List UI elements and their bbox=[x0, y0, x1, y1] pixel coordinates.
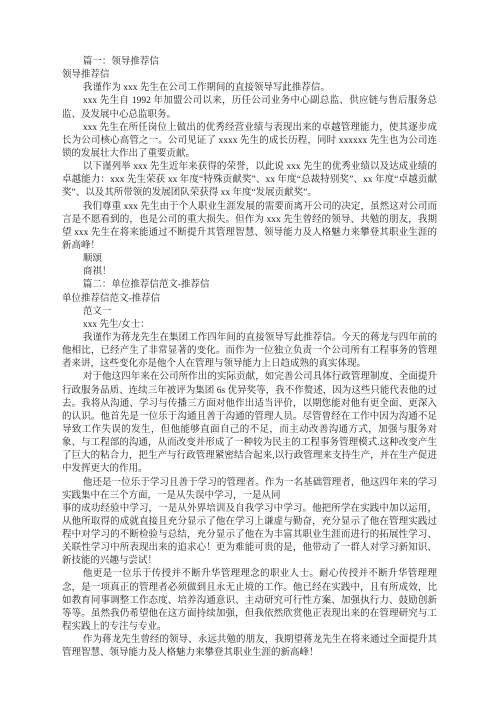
letter2-paragraph: 作为蒋龙先生曾经的领导、永远共勉的朋友，我期望蒋龙先生在将来通过全面提升其管理智… bbox=[62, 634, 437, 660]
salutation: xxx 先生/女士： bbox=[62, 319, 437, 332]
letter1-paragraph: 我谨作为 xxx 先生在公司工作期间的直接领导写此推荐信。 bbox=[62, 82, 437, 95]
part1-heading: 篇一：领导推荐信 bbox=[62, 56, 437, 69]
letter2-title: 单位推荐信范文-推荐信 bbox=[62, 293, 437, 306]
letter1-paragraph: xxx 先生自 1992 年加盟公司以来，历任公司业务中心副总监、供应链与售后服… bbox=[62, 95, 437, 121]
letter1-closing: 顺颂 bbox=[62, 253, 437, 266]
letter2-paragraph: 对于他这四年来在公司所作出的实际贡献，如完善公司具体行政管理制度、全面提升行政服… bbox=[62, 371, 437, 476]
letter1-paragraph: xxx 先生在所任岗位上做出的优秀经营业绩与表现出来的卓越管理能力，使其逐步成长… bbox=[62, 122, 437, 161]
letter1-paragraph: 我们尊重 xxx 先生由于个人职业生涯发展的需要而离开公司的决定，虽然这对公司而… bbox=[62, 201, 437, 254]
letter2-paragraph: 我谨作为蒋龙先生在集团工作四年间的直接领导写此推荐信。今天的蒋龙与四年前的他相比… bbox=[62, 332, 437, 371]
letter1-closing: 商祺！ bbox=[62, 266, 437, 279]
sample-label: 范文一 bbox=[62, 306, 437, 319]
letter1-title: 领导推荐信 bbox=[62, 69, 437, 82]
document-page: 篇一：领导推荐信 领导推荐信 我谨作为 xxx 先生在公司工作期间的直接领导写此… bbox=[62, 56, 437, 660]
letter1-paragraph: 以下谨列举 xxx 先生近年来获得的荣誉，以此说 xxx 先生的优秀业绩以及达成… bbox=[62, 161, 437, 200]
letter2-paragraph: 他还是一位乐于学习且善于学习的管理者。作为一名基础管理者，他这四年来的学习实践集… bbox=[62, 477, 437, 503]
letter2-paragraph: 事的成功经验中学习，一是从外界培训及自我学习中学习。他把所学在实践中加以运用，从… bbox=[62, 503, 437, 569]
letter2-paragraph: 他更是一位乐于传授并不断升华管理理念的职业人士。耐心传授并不断升华管理理念，是一… bbox=[62, 568, 437, 634]
part2-heading: 篇二：单位推荐信范文-推荐信 bbox=[62, 279, 437, 292]
